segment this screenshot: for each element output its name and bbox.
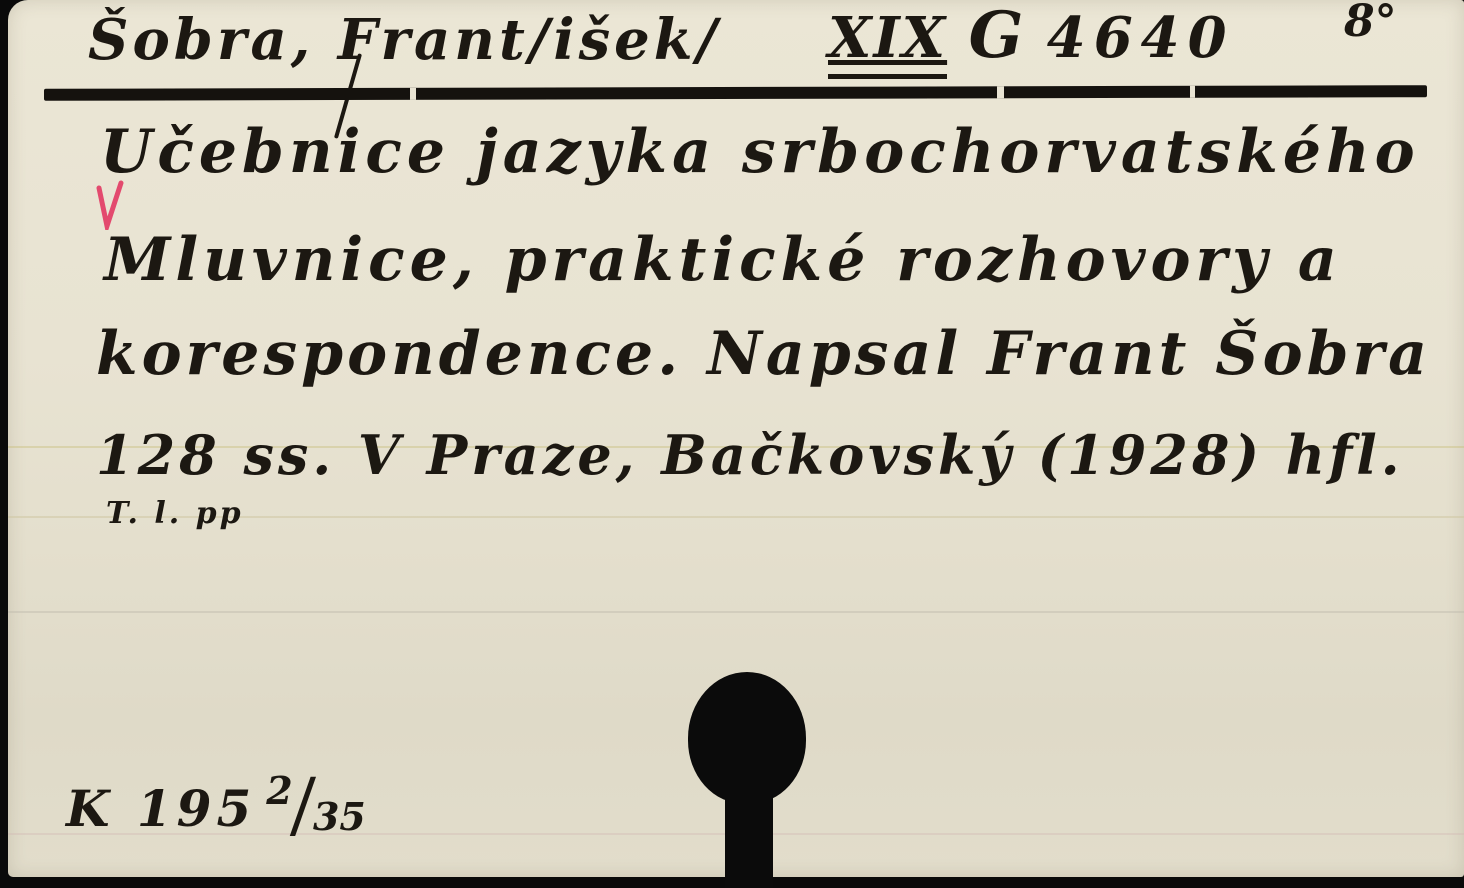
punch-hole — [688, 672, 806, 804]
header-rule — [44, 85, 1427, 101]
body-line-title: Učebnice jazyka srbochorvatského — [100, 122, 1420, 182]
body-line-subtitle: Mluvnice, praktické rozhovory a — [104, 230, 1342, 290]
format-mark: 8° — [1344, 0, 1397, 44]
rule-gap — [997, 86, 1004, 98]
fraction-slash: / — [294, 769, 312, 842]
body-line-imprint: 128 ss. V Praze, Bačkovský (1928) hfl. — [96, 428, 1404, 482]
accession-fraction-numerator: 2 — [266, 768, 292, 813]
red-ink-mark — [96, 180, 124, 230]
shelfmark-letter: G — [969, 0, 1026, 73]
catalog-card: Šobra, Frant/išek/ XIX G 4640 8° Učebnic… — [8, 0, 1464, 877]
shelfmark-roman: XIX — [828, 5, 947, 79]
shelfmark: XIX G 4640 — [828, 4, 1235, 68]
faint-rule-line — [8, 611, 1464, 613]
rule-gap — [410, 88, 416, 100]
shelfmark-number: 4640 — [1047, 5, 1235, 71]
body-line-note: T. l. pp — [106, 499, 244, 529]
accession-fraction: 2/35 — [266, 772, 366, 836]
rule-gap — [1190, 86, 1195, 98]
body-line-statement: korespondence. Napsal Frant Šobra — [96, 324, 1431, 384]
author-heading: Šobra, Frant/išek/ — [88, 12, 721, 68]
accession-fraction-denominator: 35 — [313, 794, 366, 839]
punch-hole-slot — [725, 786, 773, 888]
accession-number: K 1952/35 — [66, 772, 366, 836]
accession-prefix: K 195 — [66, 779, 256, 838]
